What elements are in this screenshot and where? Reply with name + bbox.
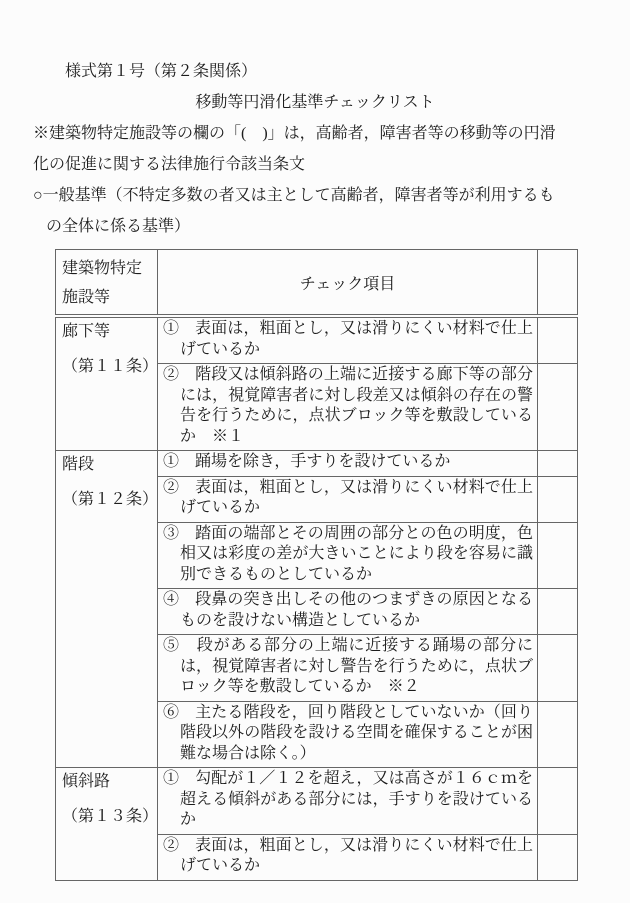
check-item-text: ② 表面は，粗面とし，又は滑りにくい材料で仕上げているか <box>163 836 533 877</box>
header-facility-column: 建築物特定施設等 <box>56 250 158 317</box>
check-item-cell: ⑤ 段がある部分の上端に近接する踊場の部分には，視覚障害者に対し警告を行うために… <box>158 635 538 702</box>
check-item-text: ⑥ 主たる階段を，回り階段としていないか（回り階段以外の階段を設ける空間を確保す… <box>163 703 533 765</box>
result-cell <box>538 364 578 451</box>
check-item-cell: ③ 踏面の端部とその周囲の部分との色の明度，色相又は彩度の差が大きいことにより段… <box>158 522 538 589</box>
check-item-cell: ① 表面は，粗面とし，又は滑りにくい材料で仕上げているか <box>158 316 538 364</box>
check-item-text: ① 勾配が１／１２を超え，又は高さが１６ｃｍを超える傾斜がある部分には，手すりを… <box>163 769 533 831</box>
section-heading: ○一般基準（不特定多数の者又は主として高齢者，障害者等が利用するも の全体に係る… <box>0 180 630 242</box>
check-item-text: ④ 段鼻の突き出しその他のつまずきの原因となるものを設けない構造としているか <box>163 590 533 631</box>
check-item-text: ② 階段又は傾斜路の上端に近接する廊下等の部分には，視覚障害者に対し段差又は傾斜… <box>163 365 533 447</box>
section-line: の全体に係る基準） <box>46 211 602 242</box>
result-cell <box>538 451 578 477</box>
check-item-cell: ② 表面は，粗面とし，又は滑りにくい材料で仕上げているか <box>158 834 538 880</box>
facility-name: 傾斜路 <box>62 771 155 792</box>
check-item-text: ① 表面は，粗面とし，又は滑りにくい材料で仕上げているか <box>163 319 533 360</box>
result-cell <box>538 589 578 635</box>
table-row: 階段（第１２条）① 踊場を除き，手すりを設けているか <box>56 451 578 477</box>
result-cell <box>538 522 578 589</box>
section-line: ○一般基準（不特定多数の者又は主として高齢者，障害者等が利用するも <box>33 180 602 211</box>
check-item-cell: ⑥ 主たる階段を，回り階段としていないか（回り階段以外の階段を設ける空間を確保す… <box>158 701 538 768</box>
facility-article: （第１３条） <box>62 806 155 827</box>
table-row: 廊下等（第１１条）① 表面は，粗面とし，又は滑りにくい材料で仕上げているか <box>56 316 578 364</box>
header-check-item-column: チェック項目 <box>158 250 538 317</box>
checklist-table: 建築物特定施設等 チェック項目 廊下等（第１１条）① 表面は，粗面とし，又は滑り… <box>55 249 578 881</box>
check-item-cell: ② 表面は，粗面とし，又は滑りにくい材料で仕上げているか <box>158 476 538 522</box>
facility-name: 階段 <box>62 454 155 475</box>
table-row: 傾斜路（第１３条）① 勾配が１／１２を超え，又は高さが１６ｃｍを超える傾斜がある… <box>56 768 578 835</box>
result-cell <box>538 701 578 768</box>
check-item-cell: ① 勾配が１／１２を超え，又は高さが１６ｃｍを超える傾斜がある部分には，手すりを… <box>158 768 538 835</box>
note-paragraph: ※建築物特定施設等の欄の「( )」は，高齢者，障害者等の移動等の円滑 化の促進に… <box>0 118 630 180</box>
facility-cell: 傾斜路（第１３条） <box>56 768 158 881</box>
check-item-text: ② 表面は，粗面とし，又は滑りにくい材料で仕上げているか <box>163 478 533 519</box>
check-item-cell: ① 踊場を除き，手すりを設けているか <box>158 451 538 477</box>
result-cell <box>538 635 578 702</box>
table-header-row: 建築物特定施設等 チェック項目 <box>56 250 578 317</box>
document-title: 移動等円滑化基準チェックリスト <box>0 87 630 118</box>
result-cell <box>538 316 578 364</box>
result-cell <box>538 768 578 835</box>
check-item-cell: ② 階段又は傾斜路の上端に近接する廊下等の部分には，視覚障害者に対し段差又は傾斜… <box>158 364 538 451</box>
facility-name: 廊下等 <box>62 321 155 342</box>
note-line: 化の促進に関する法律施行令該当条文 <box>33 149 602 180</box>
note-line: ※建築物特定施設等の欄の「( )」は，高齢者，障害者等の移動等の円滑 <box>33 118 602 149</box>
header-result-column <box>538 250 578 317</box>
facility-cell: 廊下等（第１１条） <box>56 316 158 451</box>
check-item-cell: ④ 段鼻の突き出しその他のつまずきの原因となるものを設けない構造としているか <box>158 589 538 635</box>
result-cell <box>538 476 578 522</box>
check-item-text: ⑤ 段がある部分の上端に近接する踊場の部分には，視覚障害者に対し警告を行うために… <box>163 636 533 698</box>
document-page: 様式第１号（第２条関係） 移動等円滑化基準チェックリスト ※建築物特定施設等の欄… <box>0 0 630 903</box>
check-item-text: ③ 踏面の端部とその周囲の部分との色の明度，色相又は彩度の差が大きいことにより段… <box>163 524 533 586</box>
facility-cell: 階段（第１２条） <box>56 451 158 768</box>
facility-article: （第１２条） <box>62 489 155 510</box>
result-cell <box>538 834 578 880</box>
facility-article: （第１１条） <box>62 356 155 377</box>
form-number-label: 様式第１号（第２条関係） <box>65 56 630 87</box>
check-item-text: ① 踊場を除き，手すりを設けているか <box>163 452 533 473</box>
document-header: 様式第１号（第２条関係） 移動等円滑化基準チェックリスト ※建築物特定施設等の欄… <box>0 0 630 242</box>
